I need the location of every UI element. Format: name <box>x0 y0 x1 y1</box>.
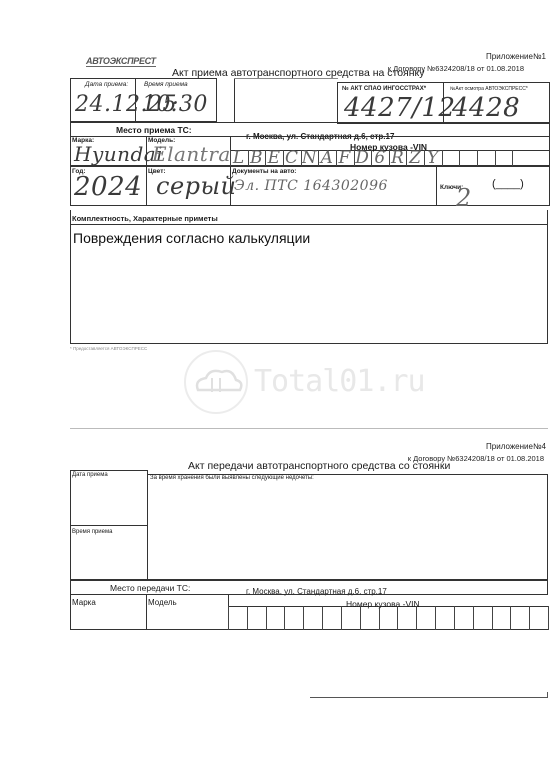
vin-cell <box>477 150 478 166</box>
vin-cell <box>284 606 285 630</box>
features-value: Повреждения согласно калькуляции <box>73 230 310 246</box>
watermark: Total01.ru <box>184 350 414 420</box>
vin-cell <box>266 606 267 630</box>
date-field: Дата приема: 24.12.25 <box>70 78 136 122</box>
vin-cell <box>379 606 380 630</box>
defects-box <box>147 474 548 580</box>
vin-cell <box>548 606 549 630</box>
vin-cell <box>322 606 323 630</box>
appendix-number: Приложение№1 <box>486 52 546 61</box>
vin-cell <box>473 606 474 630</box>
vin-cell <box>341 606 342 630</box>
vin-char: 6 <box>371 150 389 166</box>
model-label: Модель <box>148 598 177 607</box>
vin-cell <box>510 606 511 630</box>
vin-char: C <box>283 150 301 166</box>
vin-cell <box>529 606 530 630</box>
place-label: Место передачи ТС: <box>110 583 190 593</box>
vin-cell <box>247 606 248 630</box>
vin-cell <box>397 606 398 630</box>
vin-cell <box>303 606 304 630</box>
vin-cell <box>512 150 513 166</box>
vin-char: R <box>389 150 407 166</box>
vin-cell <box>442 150 443 166</box>
keys-extra: (____) <box>492 178 524 190</box>
vin-char: D <box>354 150 372 166</box>
vin-char: Z <box>406 150 424 166</box>
vin-grid <box>228 606 548 630</box>
vin-cell <box>459 150 460 166</box>
vin-cell <box>228 606 229 630</box>
vin-char: A <box>318 150 336 166</box>
inspection-act-label: №Акт осмотра АВТОЭКСПРЕСС* <box>450 86 528 92</box>
appendix-number: Приложение№4 <box>486 442 546 451</box>
vin-char: Y <box>424 150 442 166</box>
make-value: Hyundai <box>74 142 163 166</box>
time-label: Время приема <box>144 81 188 88</box>
vin-cell <box>454 606 455 630</box>
footnote: * Предоставляется АВТОЭКСПРЕСС <box>70 346 147 351</box>
model-value: Elantra <box>152 142 231 166</box>
year-value: 2024 <box>74 172 142 202</box>
defects-label: За время хранения были выявлены следующи… <box>150 475 314 481</box>
watermark-text: Total01.ru <box>254 364 425 399</box>
vin-cell <box>416 606 417 630</box>
place-label: Место приема ТС: <box>116 125 192 135</box>
date-label: Дата приема <box>72 472 108 478</box>
features-label: Комплектность, Характерные приметы <box>72 214 218 223</box>
vin-cell <box>492 606 493 630</box>
vin-grid: LBECNAFD6RZY <box>230 150 530 166</box>
act-title: Акт передачи автотранспортного средства … <box>188 460 450 472</box>
inspection-act-field: №Акт осмотра АВТОЭКСПРЕСС* 4428 <box>443 82 550 124</box>
make-label: Марка <box>72 598 96 607</box>
vin-char: F <box>336 150 354 166</box>
inspection-act-value: 4428 <box>452 93 520 123</box>
time-label: Время приема <box>72 529 112 535</box>
date-label: Дата приема: <box>85 81 128 88</box>
keys-value: 2 <box>456 184 472 212</box>
vin-char: N <box>301 150 319 166</box>
time-value: 10:30 <box>142 92 208 117</box>
color-value: серый <box>156 172 237 200</box>
company-logo: АВТОЭКСПРЕСТ <box>86 56 156 67</box>
vin-char: B <box>248 150 266 166</box>
vin-cell <box>435 606 436 630</box>
car-cloud-icon <box>184 350 248 414</box>
vin-char: E <box>265 150 283 166</box>
ingos-act-field: № АКТ СПАО ИНГОССТРАХ* 4427/12 <box>337 82 444 124</box>
time-field: Время приема 10:30 <box>135 78 217 122</box>
vin-cell <box>495 150 496 166</box>
ingos-act-value: 4427/12 <box>344 93 456 123</box>
ingos-act-label: № АКТ СПАО ИНГОССТРАХ* <box>342 86 426 92</box>
docs-label: Документы на авто: <box>232 168 296 175</box>
vin-cell <box>360 606 361 630</box>
docs-value: Эл. ПТС 164302096 <box>234 178 388 194</box>
vin-char: L <box>230 150 248 166</box>
